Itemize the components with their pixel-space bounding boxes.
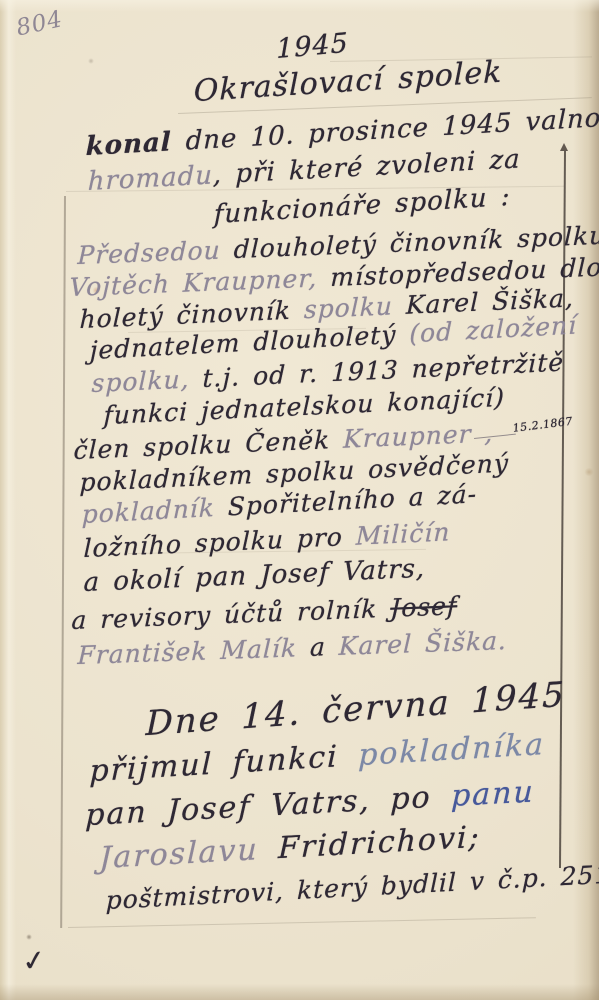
page-edge-top bbox=[0, 0, 599, 12]
text-segment: Karel Šiška. bbox=[338, 626, 507, 661]
text-segment: konal bbox=[86, 126, 186, 162]
stain-spot bbox=[584, 468, 594, 476]
text-segment: Josef bbox=[390, 591, 458, 623]
text-segment: funkcionáře spolku : bbox=[214, 182, 511, 230]
year-title: 1945 bbox=[276, 28, 349, 65]
text-segment: Předsedou bbox=[77, 235, 234, 270]
text-segment: přijmul funkci bbox=[89, 738, 359, 789]
scanned-manuscript-page: 804 1945 Okrašlovací spolek konal dne 10… bbox=[0, 0, 599, 1000]
page-edge-left bbox=[0, 0, 16, 1000]
text-segment: pokladník bbox=[81, 492, 228, 529]
text-segment: Miličín bbox=[355, 517, 450, 550]
arrow-up-icon bbox=[560, 143, 568, 151]
text-segment: panu bbox=[451, 774, 536, 813]
stain-spot bbox=[26, 934, 32, 940]
text-segment: František Malík bbox=[77, 633, 311, 670]
manuscript-line: a revisory účtů rolník Josef bbox=[71, 591, 458, 635]
stain-spot bbox=[88, 58, 94, 64]
text-segment: hromadu bbox=[87, 160, 213, 197]
folio-number: 804 bbox=[14, 6, 65, 41]
text-segment: a revisory účtů rolník bbox=[71, 594, 391, 635]
text-segment: pokladníka bbox=[358, 727, 546, 773]
text-segment: Fridrichovi; bbox=[278, 820, 482, 866]
page-edge-bottom bbox=[0, 984, 599, 1000]
pencil-margin-line-left bbox=[60, 196, 65, 928]
text-segment: dne 10. prosince 1945 valnou bbox=[185, 102, 599, 156]
text-segment: Kraupner , bbox=[343, 418, 494, 453]
pencil-rule-line-bottom bbox=[68, 917, 536, 928]
text-segment: Jaroslavu bbox=[99, 831, 279, 876]
manuscript-line: František Malík a Karel Šiška. bbox=[77, 626, 508, 670]
text-segment: ložního spolku pro bbox=[83, 522, 356, 563]
margin-birthdate-note: 15.2.1867 bbox=[512, 415, 574, 435]
text-segment: spolku, bbox=[91, 364, 203, 398]
document-heading: Okrašlovací spolek bbox=[194, 55, 503, 109]
manuscript-line: funkcionáře spolku : bbox=[214, 182, 511, 230]
page-edge-right bbox=[573, 0, 599, 1000]
text-segment: a bbox=[309, 632, 339, 662]
check-mark: ✓ bbox=[20, 943, 49, 979]
